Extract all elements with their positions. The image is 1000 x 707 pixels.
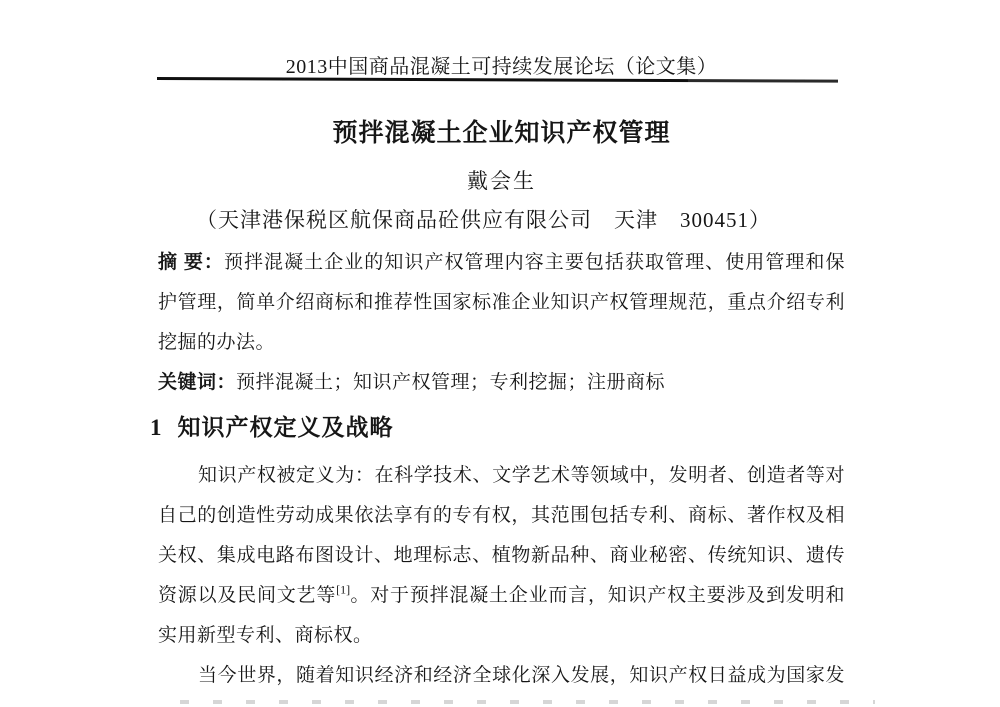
paragraph-line: 资源以及民间文艺等[1]。对于预拌混凝土企业而言，知识产权主要涉及到发明和 [158, 576, 845, 616]
paragraph-text: 资源以及民间文艺等 [158, 585, 336, 606]
abstract-label: 摘 要： [158, 252, 224, 273]
paragraph-line: 关权、集成电路布图设计、地理标志、植物新品种、商业秘密、传统知识、遗传 [158, 536, 845, 576]
author-affiliation: （天津港保税区航保商品砼供应有限公司 天津 300451） [140, 207, 827, 234]
paragraph-line: 自己的创造性劳动成果依法享有的专有权，其范围包括专利、商标、著作权及相 [158, 496, 845, 536]
body-text: 知识产权被定义为：在科学技术、文学艺术等领域中，发明者、创造者等对 自己的创造性… [158, 456, 845, 696]
paragraph-line: 知识产权被定义为：在科学技术、文学艺术等领域中，发明者、创造者等对 [158, 456, 845, 496]
abstract-line: 摘 要：预拌混凝土企业的知识产权管理内容主要包括获取管理、使用管理和保 [158, 243, 845, 283]
paragraph-line: 实用新型专利、商标权。 [158, 616, 845, 656]
paper-title: 预拌混凝土企业知识产权管理 [158, 119, 845, 149]
running-header: 2013中国商品混凝土可持续发展论坛（论文集） [158, 55, 845, 79]
section-title: 知识产权定义及战略 [178, 415, 394, 440]
reference-marker: [1] [336, 583, 350, 597]
paragraph-line: 当今世界，随着知识经济和经济全球化深入发展，知识产权日益成为国家发 [158, 656, 845, 696]
paper-page: 2013中国商品混凝土可持续发展论坛（论文集） 预拌混凝土企业知识产权管理 戴会… [0, 0, 1000, 707]
abstract-block: 摘 要：预拌混凝土企业的知识产权管理内容主要包括获取管理、使用管理和保 护管理，… [158, 243, 845, 403]
paragraph-text: 。对于预拌混凝土企业而言，知识产权主要涉及到发明和 [350, 585, 845, 606]
keywords-line: 关键词：预拌混凝土；知识产权管理；专利挖掘；注册商标 [158, 363, 845, 403]
cut-off-text-remnant [180, 700, 875, 704]
abstract-text: 预拌混凝土企业的知识产权管理内容主要包括获取管理、使用管理和保 [224, 252, 845, 273]
abstract-line: 挖掘的办法。 [158, 323, 845, 363]
section-number: 1 [150, 415, 162, 440]
keywords-text: 预拌混凝土；知识产权管理；专利挖掘；注册商标 [236, 372, 665, 393]
author-name: 戴会生 [158, 168, 845, 194]
keywords-label: 关键词： [158, 372, 236, 393]
header-text: 2013中国商品混凝土可持续发展论坛（论文集） [286, 56, 718, 78]
abstract-line: 护管理，简单介绍商标和推荐性国家标准企业知识产权管理规范，重点介绍专利 [158, 283, 845, 323]
section-heading: 1知识产权定义及战略 [150, 414, 394, 442]
